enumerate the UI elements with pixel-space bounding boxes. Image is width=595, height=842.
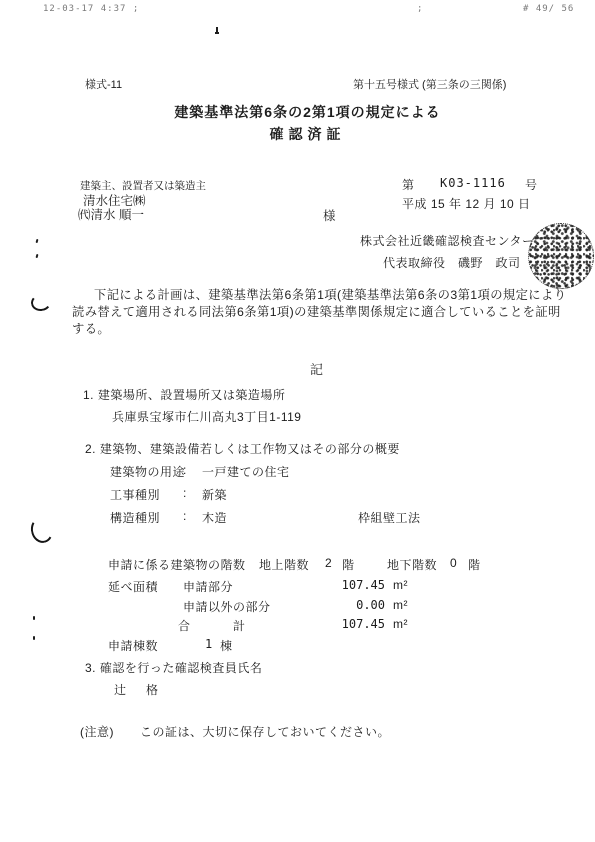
scan-artifact	[33, 616, 35, 620]
area-total-label-right: 計	[233, 617, 246, 634]
building-use-colon: :	[183, 463, 187, 477]
punch-hole-mark	[30, 293, 52, 313]
structure-type-colon: :	[183, 509, 187, 523]
certificate-number-prefix: 第	[402, 176, 415, 193]
section3-heading: 3. 確認を行った確認検査員氏名	[85, 659, 262, 676]
area-other-unit: m²	[393, 598, 408, 612]
area-applied-unit: m²	[393, 578, 408, 592]
area-applied-value: 107.45	[305, 578, 385, 592]
structure-type-label: 構造種別	[110, 509, 160, 526]
building-count-value: 1	[205, 637, 212, 651]
work-type-colon: :	[183, 486, 187, 500]
area-applied-label: 申請部分	[183, 578, 233, 595]
area-other-label: 申請以外の部分	[183, 598, 271, 615]
scan-artifact	[36, 254, 39, 258]
inspector-name: 辻 格	[114, 681, 162, 698]
punch-hole-mark	[29, 515, 56, 545]
floors-above-value: 2	[325, 556, 332, 570]
note-label: (注意)	[80, 723, 114, 740]
building-use-label: 建築物の用途	[110, 463, 185, 480]
fax-separator-mark: ;	[417, 4, 423, 14]
floors-below-value: 0	[450, 556, 457, 570]
floors-label: 申請に係る建築物の階数	[108, 556, 246, 573]
certificate-title: 建築基準法第6条の2第1項の規定による	[0, 102, 595, 122]
certificate-number: K03-1116	[440, 176, 506, 190]
certificate-number-suffix: 号	[525, 176, 538, 193]
floors-below-label: 地下階数	[387, 556, 437, 573]
total-area-label: 延べ面積	[108, 578, 158, 595]
section2-heading: 2. 建築物、建築設備若しくは工作物又はその部分の概要	[85, 440, 400, 457]
floors-above-unit: 階	[342, 556, 355, 573]
work-type-value: 新築	[202, 486, 227, 503]
scan-artifact	[215, 32, 219, 34]
construction-method-value: 枠組壁工法	[358, 509, 421, 526]
area-total-unit: m²	[393, 617, 408, 631]
building-count-unit: 棟	[220, 637, 233, 654]
area-total-value: 107.45	[305, 617, 385, 631]
building-use-value: 一戸建ての住宅	[202, 463, 290, 480]
section1-heading: 1. 建築場所、設置場所又は築造場所	[83, 386, 285, 403]
work-type-label: 工事種別	[110, 486, 160, 503]
certificate-subtitle: 確認済証	[0, 124, 595, 144]
site-address: 兵庫県宝塚市仁川高丸3丁目1-119	[112, 408, 301, 425]
issuer-representative: 代表取締役 磯野 政司	[383, 254, 521, 271]
building-count-label: 申請棟数	[108, 637, 158, 654]
record-heading: 記	[310, 359, 325, 378]
honorific-label: 様	[323, 206, 336, 224]
area-total-label-left: 合	[178, 617, 191, 634]
floors-below-unit: 階	[468, 556, 481, 573]
issue-date: 平成 15 年 12 月 10 日	[402, 195, 531, 212]
fax-date-stamp: 12-03-17 4:37 ;	[43, 4, 139, 14]
form-style-number: 様式-11	[85, 76, 122, 92]
scan-artifact	[33, 636, 35, 640]
area-other-value: 0.00	[305, 598, 385, 612]
scanned-certificate-page: 12-03-17 4:37 ; ; # 49/ 56 様式-11 第十五号様式 …	[0, 0, 595, 842]
note-text: この証は、大切に保存しておいてください。	[140, 723, 390, 740]
floors-above-label: 地上階数	[259, 556, 309, 573]
issuer-organization: 株式会社近畿確認検査センター	[360, 232, 535, 249]
certification-statement: 下記による計画は、建築基準法第6条第1項(建築基準法第6条の3第1項の規定により…	[72, 287, 569, 338]
structure-type-value: 木造	[202, 509, 227, 526]
addressee-representative: ㈹清水 順一	[78, 205, 144, 223]
scan-artifact	[36, 239, 39, 243]
fax-page-stamp: # 49/ 56	[523, 4, 574, 14]
company-seal-stamp	[528, 223, 594, 289]
form-format-reference: 第十五号様式 (第三条の三関係)	[353, 76, 506, 92]
